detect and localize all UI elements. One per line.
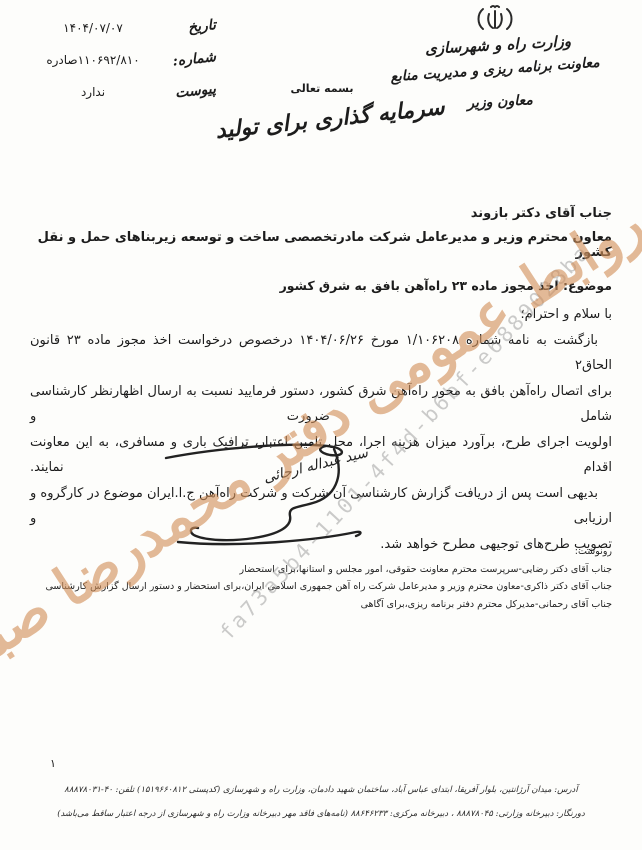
date-row: تاریخ ۱۴۰۴/۰۷/۰۷ xyxy=(26,16,216,39)
iran-emblem-icon xyxy=(472,4,518,34)
subject-line: موضوع: اخذ مجوز ماده ۲۳ راه‌آهن بافق به … xyxy=(30,278,612,293)
attachment-label: پیوست xyxy=(159,81,216,103)
recipient-block: جناب آقای دکتر بازوند معاون محترم وزیر و… xyxy=(30,206,612,293)
number-value: ۱۱۰۶۹۲/۸۱۰صادره xyxy=(26,53,160,67)
cc-item: جناب آقای رحمانی-مدیرکل محترم دفتر برنام… xyxy=(30,596,612,614)
letter-meta-fields: تاریخ ۱۴۰۴/۰۷/۰۷ شماره: ۱۱۰۶۹۲/۸۱۰صادره … xyxy=(26,16,216,112)
salutation: با سلام و احترام؛ xyxy=(30,302,612,328)
number-row: شماره: ۱۱۰۶۹۲/۸۱۰صادره xyxy=(26,48,216,71)
date-label: تاریخ xyxy=(159,17,216,39)
page-number: ۱ xyxy=(50,757,56,770)
besmeleh-text: بسمه تعالی xyxy=(272,82,372,95)
number-label: شماره: xyxy=(159,49,216,71)
recipient-title: معاون محترم وزیر و مدیرعامل شرکت مادرتخص… xyxy=(30,230,612,260)
cc-item: جناب آقای دکتر رضایی-سرپرست محترم معاونت… xyxy=(30,561,612,579)
footer-block: آدرس: میدان آرژانتین، بلوار آفریقا، ابتد… xyxy=(18,785,624,833)
handwritten-signature-flourish xyxy=(148,420,410,560)
footer-fax-line: دورنگار: دبیرخانه وزارتی: ۸۸۸۷۸۰۴۵ ، دبی… xyxy=(18,809,624,819)
body-line: بازگشت به نامه شماره ۱/۱۰۶۲۰۸ مورخ ۱۴۰۴/… xyxy=(30,328,612,379)
date-value: ۱۴۰۴/۰۷/۰۷ xyxy=(26,21,160,35)
cc-block: رونوشت: جناب آقای دکتر رضایی-سرپرست محتر… xyxy=(30,543,612,613)
cc-item: جناب آقای دکتر ذاکری-معاون محترم وزیر و … xyxy=(30,578,612,596)
scanned-letter-page: روابط عمومی دفتر محمدرضا صباغیان fa73a5b… xyxy=(0,0,642,850)
year-slogan-calligraphy: سرمایه گذاری برای تولید xyxy=(197,92,462,145)
ministry-name: وزارت راه و شهرسازی xyxy=(398,31,599,59)
cc-label: رونوشت: xyxy=(30,543,612,561)
attachment-value: ندارد xyxy=(26,85,160,99)
footer-address-line: آدرس: میدان آرژانتین، بلوار آفریقا، ابتد… xyxy=(18,785,624,795)
recipient-name: جناب آقای دکتر بازوند xyxy=(30,206,612,221)
attachment-row: پیوست ندارد xyxy=(26,80,216,103)
